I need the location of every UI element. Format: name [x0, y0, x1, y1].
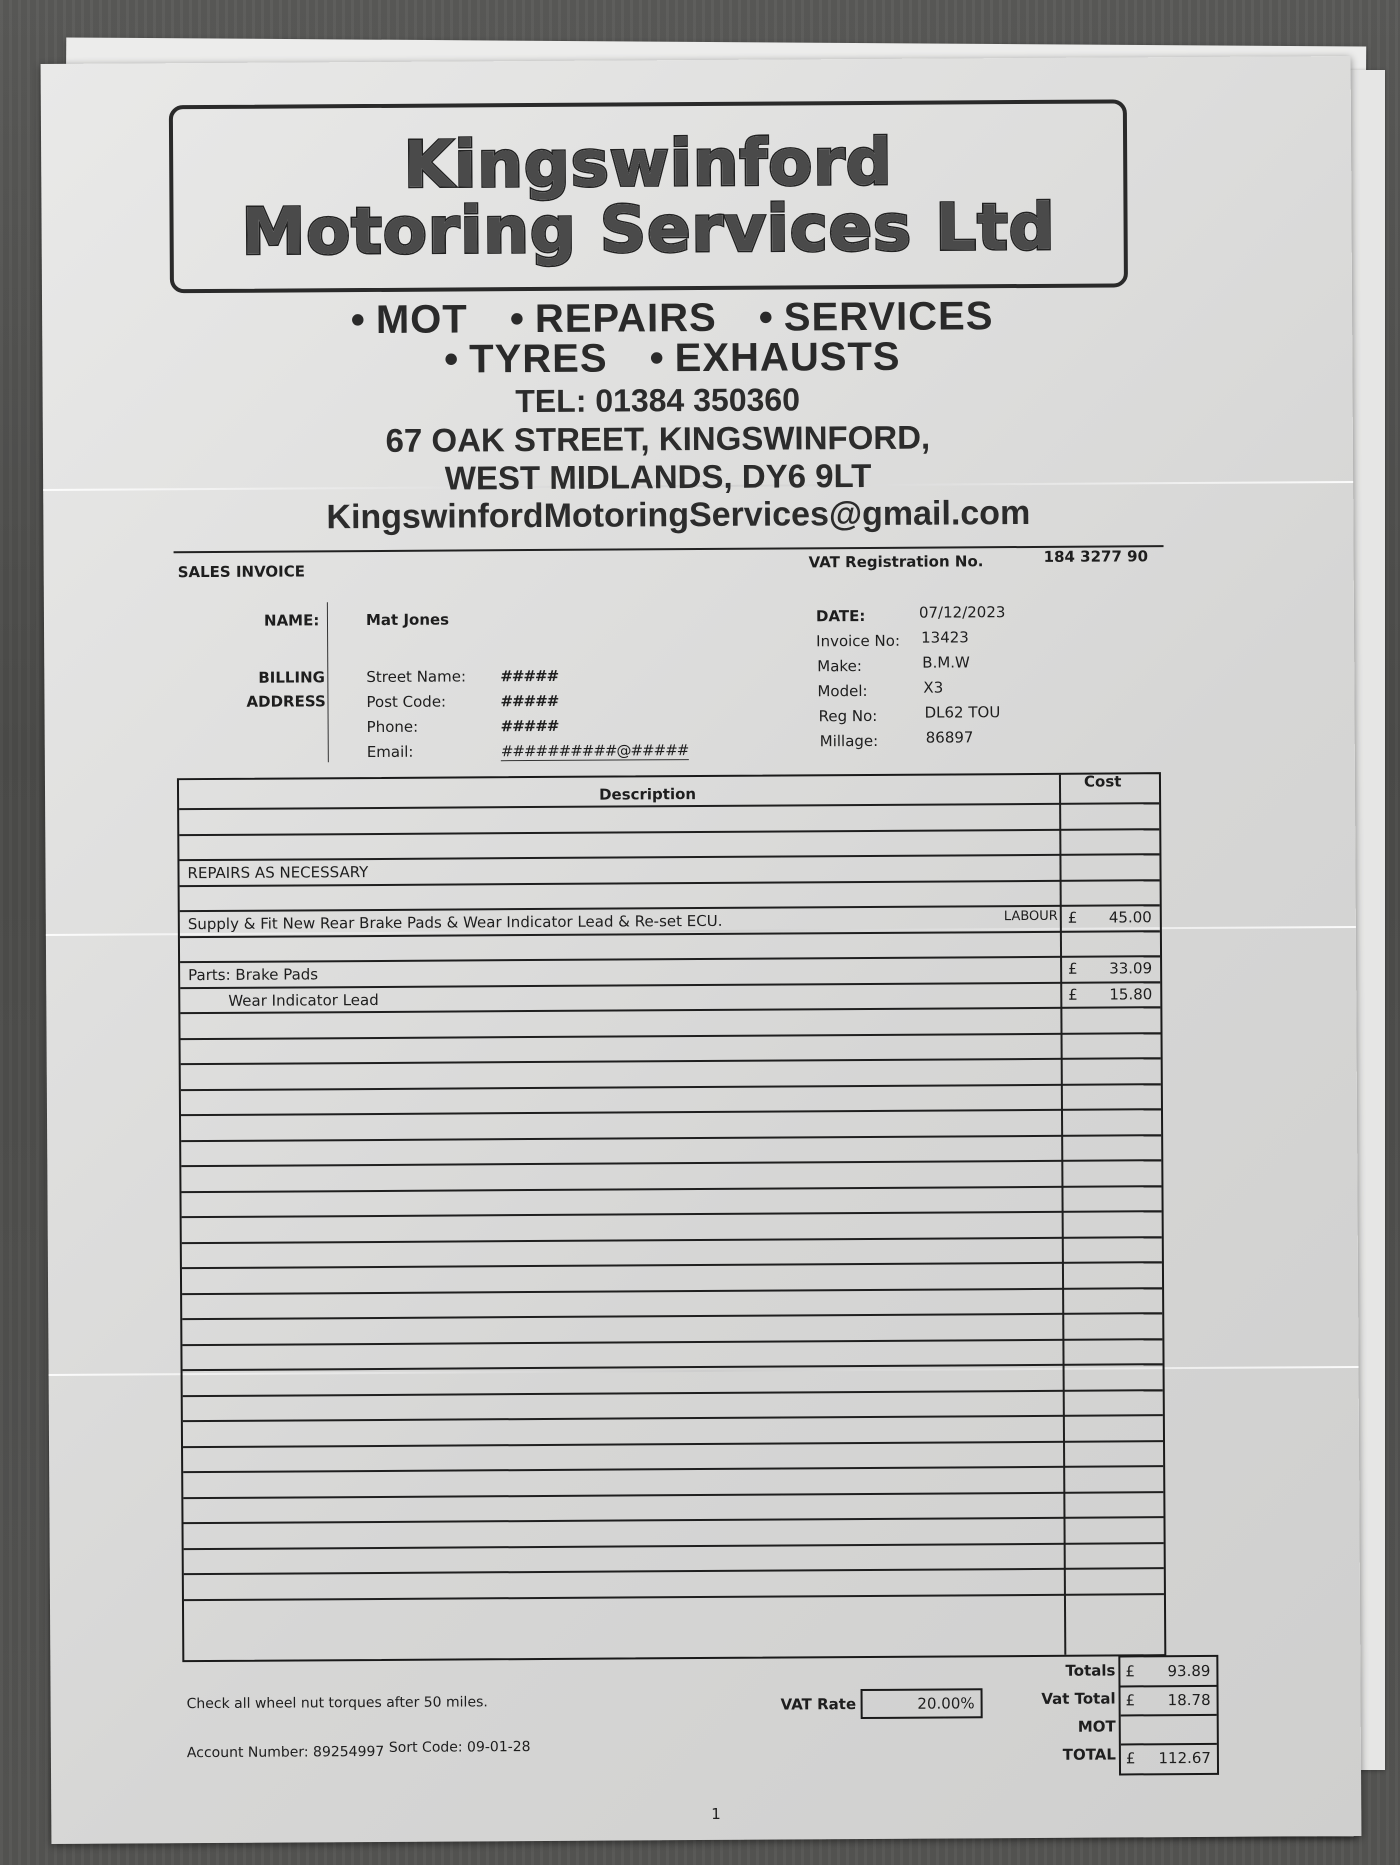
currency-symbol: £ [1126, 1691, 1136, 1709]
table-row [179, 853, 1159, 861]
line-item-description: Supply & Fit New Rear Brake Pads & Wear … [188, 912, 723, 933]
table-row [183, 1414, 1163, 1422]
totals-box: £ 93.89 £ 18.78 £ 112.67 [1118, 1655, 1219, 1776]
table-row [183, 1363, 1163, 1371]
currency-symbol: £ [1125, 1662, 1135, 1680]
billing-divider [327, 602, 329, 762]
table-row [182, 1261, 1162, 1269]
bullet: • [759, 296, 774, 340]
page-number: 1 [711, 1805, 721, 1823]
table-row [184, 1542, 1164, 1550]
bullet: • [510, 297, 525, 341]
bullet: • [444, 337, 459, 381]
line-items-table: Description Cost REPAIRS AS NECESSARYSup… [177, 772, 1166, 1662]
table-row [182, 1287, 1162, 1295]
email-label: Email: [367, 743, 414, 761]
service-tyres: TYRES [469, 337, 608, 382]
mot-row [1121, 1715, 1217, 1746]
table-row [179, 802, 1159, 810]
totals-label: Totals [1035, 1661, 1115, 1679]
totals-row: £ 93.89 [1120, 1657, 1216, 1688]
millage-value: 86897 [926, 728, 974, 746]
reg-no-value: DL62 TOU [924, 703, 1000, 721]
service-services: SERVICES [784, 294, 994, 339]
table-row [182, 1312, 1162, 1320]
wheel-nut-note: Check all wheel nut torques after 50 mil… [187, 1694, 488, 1712]
table-row [183, 1440, 1163, 1448]
model-label: Model: [817, 682, 867, 700]
vat-reg-label: VAT Registration No. [809, 552, 984, 571]
currency-symbol: £ [1068, 960, 1078, 978]
street-name-label: Street Name: [366, 667, 466, 686]
table-row [179, 828, 1159, 836]
line-item-tag: LABOUR [1004, 909, 1058, 924]
table-row [182, 1338, 1162, 1346]
table-row [181, 1108, 1161, 1116]
post-code-value: ##### [500, 692, 558, 710]
vat-total-row: £ 18.78 [1121, 1686, 1217, 1717]
bullet: • [650, 336, 665, 380]
table-row [184, 1593, 1164, 1601]
invoice-no-label: Invoice No: [816, 632, 900, 651]
invoice-no-value: 13423 [921, 628, 969, 646]
company-email: KingswinfordMotoringServices@gmail.com [63, 492, 1293, 539]
vat-rate-box: 20.00% [861, 1688, 983, 1719]
make-label: Make: [817, 657, 862, 675]
vat-reg-value: 184 3277 90 [1044, 547, 1148, 566]
phone-value: ##### [501, 717, 559, 735]
service-mot: MOT [376, 297, 468, 342]
company-tel: TEL: 01384 350360 [43, 378, 1273, 423]
vat-total-value: 18.78 [1168, 1691, 1211, 1709]
service-exhausts: EXHAUSTS [675, 335, 901, 380]
model-value: X3 [923, 679, 943, 697]
table-row [183, 1516, 1163, 1524]
date-value: 07/12/2023 [919, 603, 1006, 622]
email-value[interactable]: ##########@##### [501, 741, 689, 761]
millage-label: Millage: [820, 732, 879, 750]
logo-line-2: Motoring Services Ltd [173, 195, 1123, 265]
grand-total-value: 112.67 [1158, 1749, 1211, 1767]
totals-value: 93.89 [1167, 1662, 1210, 1680]
post-code-label: Post Code: [366, 693, 446, 711]
street-name-value: ##### [500, 667, 558, 685]
invoice-page: Kingswinford Motoring Services Ltd •MOT … [41, 56, 1362, 1844]
vat-rate-value: 20.00% [917, 1694, 974, 1712]
phone-label: Phone: [367, 718, 419, 736]
table-row [183, 1491, 1163, 1499]
invoice-title: SALES INVOICE [178, 562, 305, 581]
total-label: TOTAL [1036, 1745, 1116, 1763]
table-row [182, 1210, 1162, 1218]
logo-line-1: Kingswinford [173, 129, 1123, 199]
services-line-2: •TYRES •EXHAUSTS [42, 332, 1272, 385]
table-row [180, 955, 1160, 963]
header-divider [174, 545, 1164, 553]
description-header: Description [599, 785, 696, 804]
account-number: Account Number: 89254997 [187, 1744, 385, 1761]
bullet: • [351, 298, 366, 342]
currency-symbol: £ [1068, 909, 1078, 927]
table-row [181, 1057, 1161, 1065]
line-item-description: Wear Indicator Lead [228, 990, 379, 1009]
vat-rate-label: VAT Rate [781, 1695, 857, 1713]
table-row [182, 1236, 1162, 1244]
table-row [181, 1159, 1161, 1167]
line-item-cost: 33.09 [1109, 959, 1152, 977]
vat-total-label: Vat Total [996, 1689, 1116, 1708]
table-rows: REPAIRS AS NECESSARYSupply & Fit New Rea… [179, 774, 1159, 780]
line-item-description: Parts: Brake Pads [188, 965, 318, 984]
sort-code: Sort Code: 09-01-28 [389, 1739, 531, 1756]
table-row [181, 1185, 1161, 1193]
date-label: DATE: [816, 607, 865, 625]
currency-symbol: £ [1068, 985, 1078, 1003]
table-row [180, 981, 1160, 989]
customer-name: Mat Jones [366, 611, 449, 630]
cost-header: Cost [1084, 772, 1122, 790]
service-repairs: REPAIRS [535, 296, 717, 341]
table-row [181, 1134, 1161, 1142]
name-label: NAME: [264, 611, 319, 629]
company-logo: Kingswinford Motoring Services Ltd [169, 99, 1128, 293]
currency-symbol: £ [1126, 1749, 1136, 1767]
line-item-description: REPAIRS AS NECESSARY [187, 863, 368, 882]
grand-total-row: £ 112.67 [1121, 1744, 1217, 1773]
table-row [183, 1465, 1163, 1473]
make-value: B.M.W [922, 653, 970, 671]
line-item-cost: 45.00 [1109, 908, 1152, 926]
table-row [184, 1567, 1164, 1575]
table-row [183, 1389, 1163, 1397]
mot-label: MOT [1036, 1717, 1116, 1735]
address-label: ADDRESS [246, 692, 325, 710]
line-item-cost: 15.80 [1109, 985, 1152, 1003]
table-row [181, 1083, 1161, 1091]
table-row [181, 1032, 1161, 1040]
reg-no-label: Reg No: [819, 707, 878, 725]
billing-label: BILLING [258, 668, 325, 686]
